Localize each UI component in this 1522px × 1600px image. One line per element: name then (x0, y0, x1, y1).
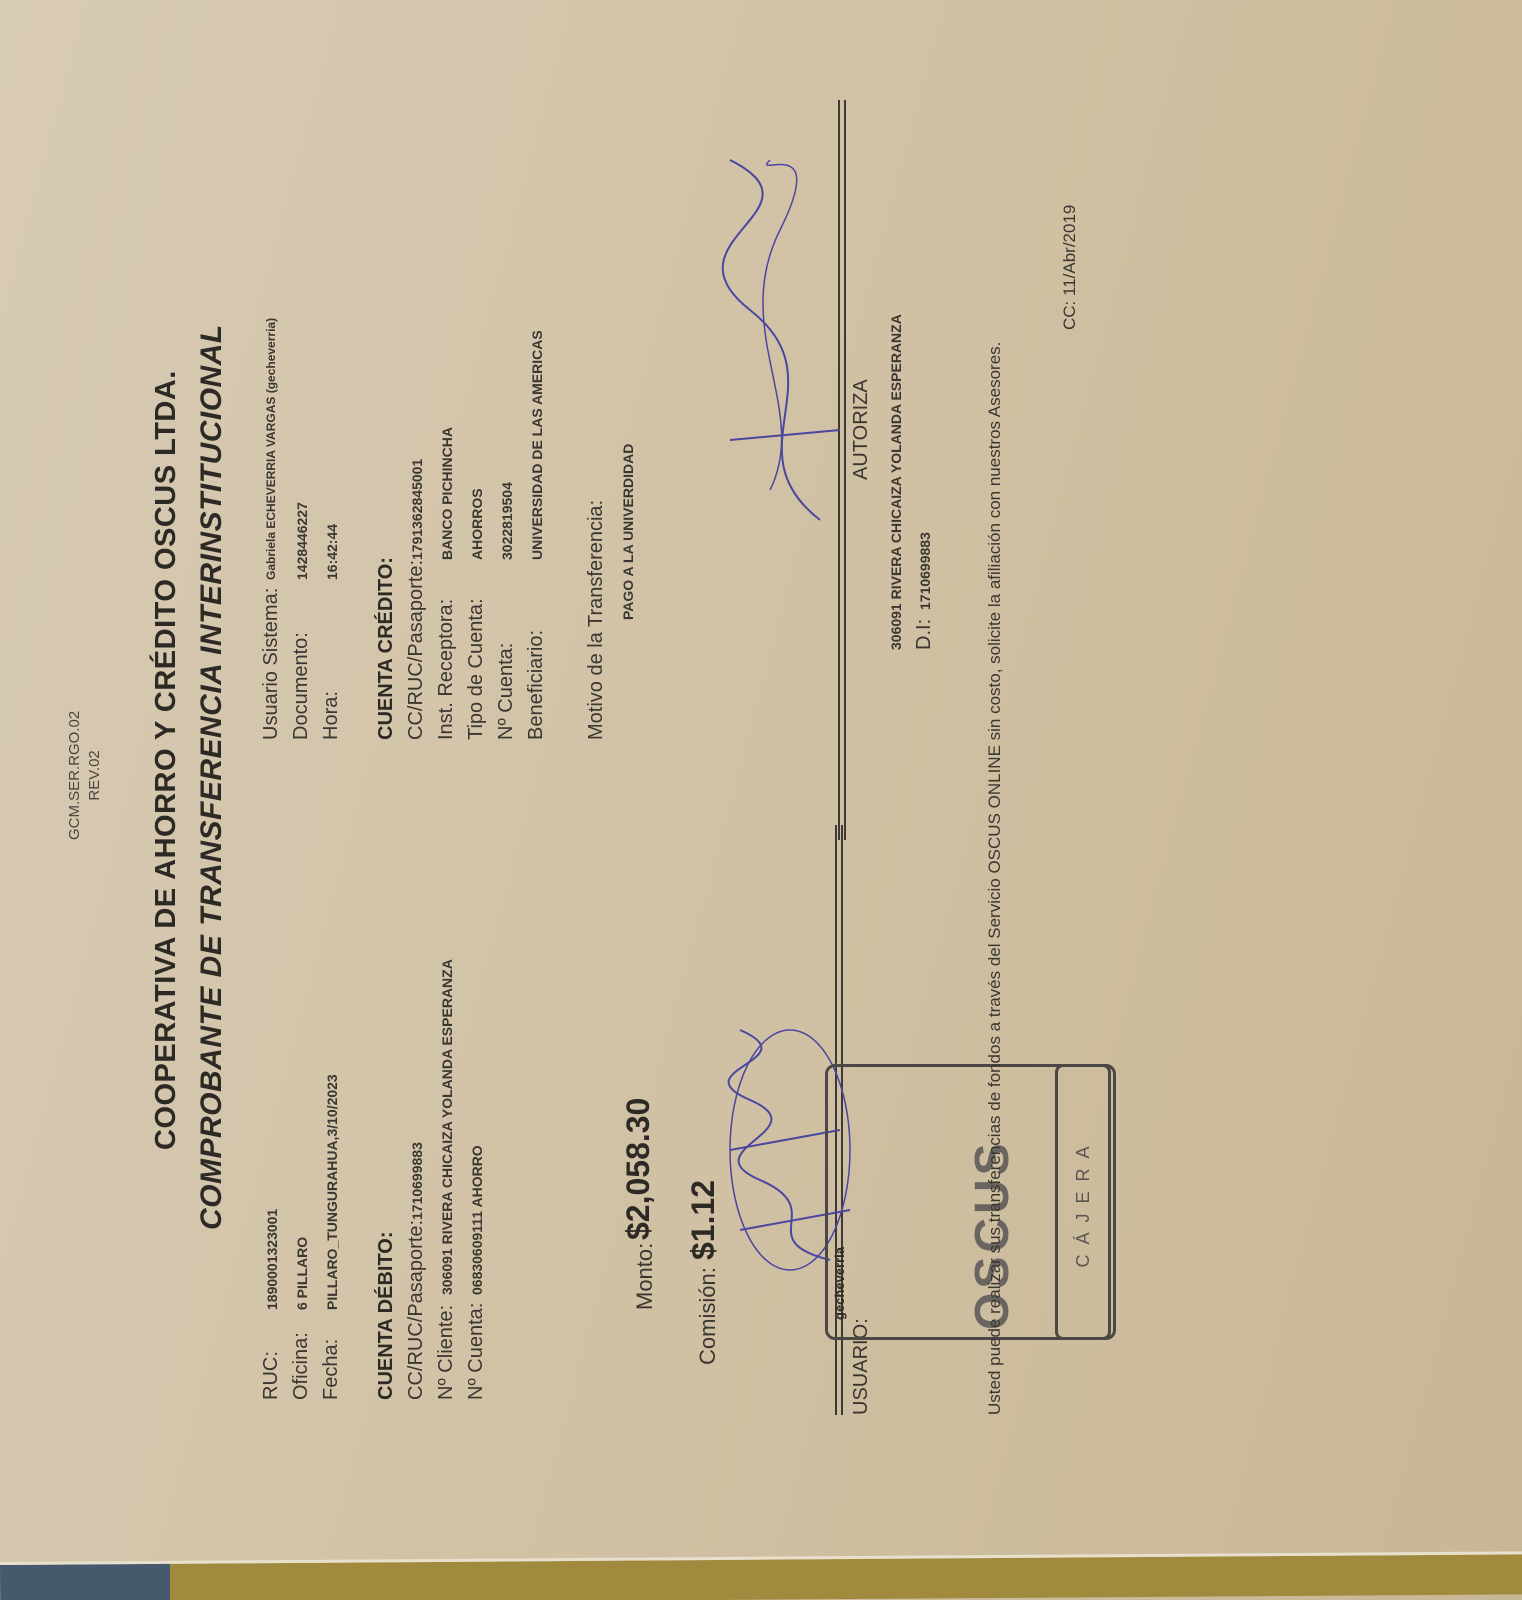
debito-cuenta-value: 06830609111 AHORRO (469, 1145, 485, 1295)
hora-value: 16:42:44 (324, 524, 340, 580)
hora-label: Hora: (320, 691, 343, 740)
transfer-receipt: GCM.SER.RGO.02 REV.02 COOPERATIVA DE AHO… (20, 100, 1120, 1480)
debito-cliente-label: Nº Cliente: (435, 1305, 458, 1400)
cuenta-credito-heading: CUENTA CRÉDITO: (375, 557, 398, 740)
monto-value: $2,058.30 (620, 1098, 657, 1240)
usuario-sistema-label: Usuario Sistema: (260, 588, 283, 740)
fecha-value: PILLARO_TUNGURAHUA,3/10/2023 (324, 1074, 340, 1310)
debito-cliente-value: 306091 RIVERA CHICAIZA YOLANDA ESPERANZA (439, 959, 455, 1295)
cc-date: CC: 11/Abr/2019 (1060, 205, 1080, 330)
credito-cuenta-value: 3022819504 (499, 482, 515, 560)
document-title: COMPROBANTE DE TRANSFERENCIA INTERINSTIT… (195, 324, 229, 1230)
credito-tipo-value: AHORROS (469, 488, 485, 560)
credito-cuenta-label: Nº Cuenta: (495, 643, 518, 740)
fecha-label: Fecha: (320, 1339, 343, 1400)
credito-inst-label: Inst. Receptora: (435, 599, 458, 740)
credito-id-value: 1791362845001 (409, 459, 425, 560)
ruc-label: RUC: (260, 1351, 283, 1400)
oficina-label: Oficina: (290, 1332, 313, 1400)
credito-beneficiario-label: Beneficiario: (525, 630, 548, 740)
usuario-sistema-value: Gabriela ECHEVERRIA VARGAS (gecheverria) (264, 318, 278, 580)
di-label: D.I: (913, 619, 936, 650)
debito-cuenta-label: Nº Cuenta: (465, 1303, 488, 1400)
table-surface (0, 1554, 1522, 1600)
form-code: GCM.SER.RGO.02 REV.02 (65, 711, 105, 840)
documento-label: Documento: (290, 632, 313, 740)
debito-id-value: 1710699883 (409, 1142, 425, 1220)
autoriza-label: AUTORIZA (850, 379, 873, 480)
credito-id-label: CC/RUC/Pasaporte: (405, 560, 428, 740)
motivo-label: Motivo de la Transferencia: (585, 500, 608, 740)
revision-text: REV.02 (85, 711, 105, 840)
di-value: 1710699883 (917, 532, 933, 610)
ruc-value: 1890001323001 (264, 1209, 280, 1310)
client-signature (710, 150, 850, 530)
form-code-text: GCM.SER.RGO.02 (65, 711, 85, 840)
debito-id-label: CC/RUC/Pasaporte: (405, 1220, 428, 1400)
credito-inst-value: BANCO PICHINCHA (439, 427, 455, 560)
credito-tipo-label: Tipo de Cuenta: (465, 598, 488, 740)
oficina-value: 6 PILLARO (294, 1237, 310, 1310)
documento-value: 1428446227 (294, 502, 310, 580)
institution-name: COOPERATIVA DE AHORRO Y CRÉDITO OSCUS LT… (150, 370, 183, 1150)
monto-label: Monto: (632, 1243, 658, 1310)
footer-note: Usted puede realizar sus transferencias … (985, 342, 1005, 1415)
autoriza-cliente: 306091 RIVERA CHICAIZA YOLANDA ESPERANZA (888, 314, 904, 650)
cuenta-debito-heading: CUENTA DÉBITO: (375, 1231, 398, 1400)
motivo-value: PAGO A LA UNIVERDIDAD (620, 444, 636, 620)
credito-beneficiario-value: UNIVERSIDAD DE LAS AMERICAS (529, 330, 545, 560)
stamp-username: gecheverria (832, 1247, 847, 1320)
stamp-role: CÁJERA (1055, 1064, 1111, 1340)
